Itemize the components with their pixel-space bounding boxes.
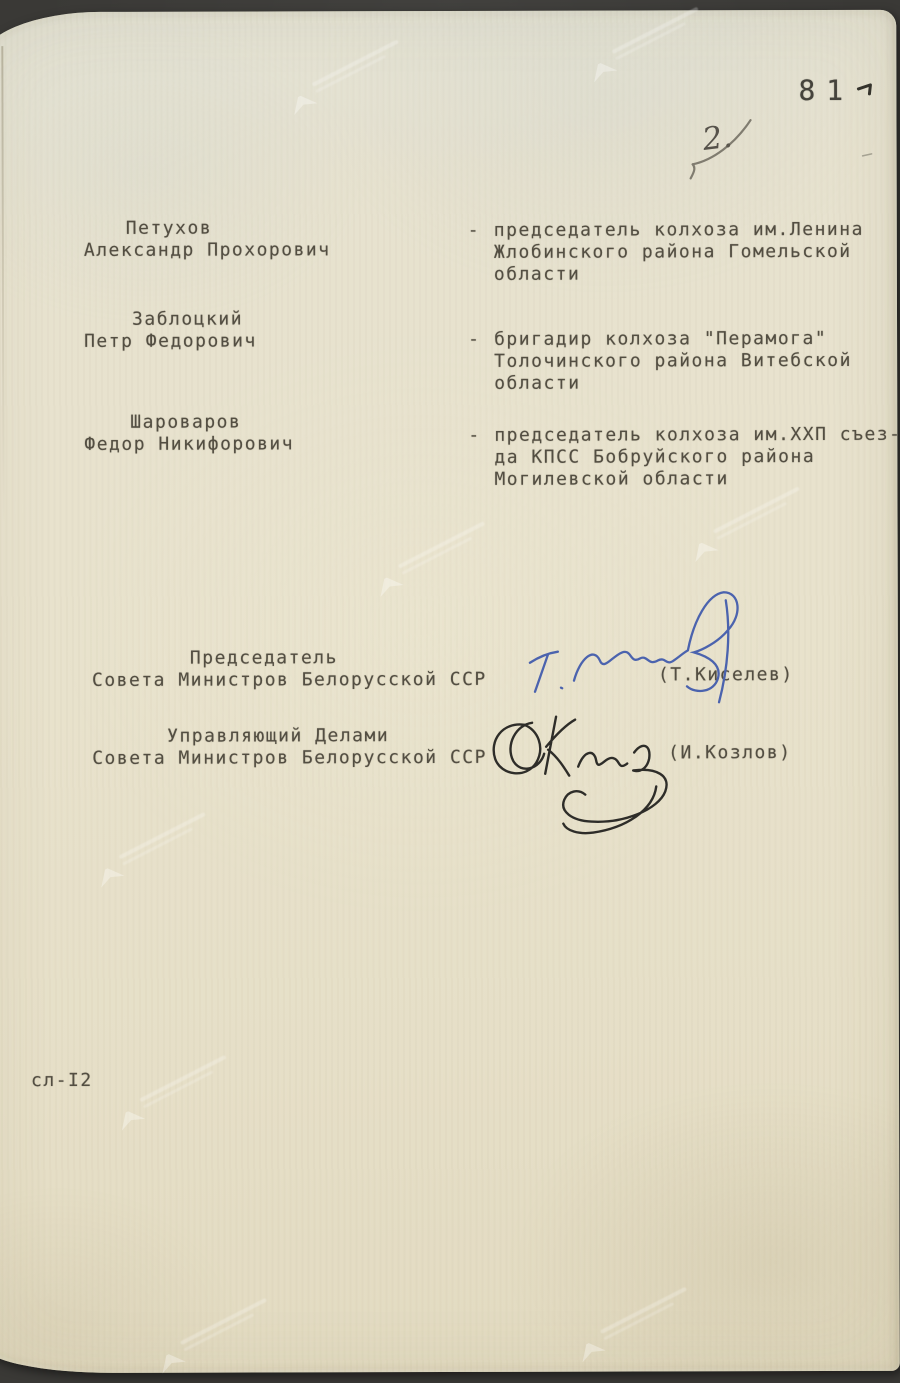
watermark-text-blur xyxy=(612,7,699,54)
watermark-text-blur xyxy=(143,1070,214,1108)
watermark-text-blur xyxy=(180,1298,267,1345)
watermark-logo-icon xyxy=(374,572,405,599)
watermark-text-blur xyxy=(600,1287,687,1334)
watermark-logo-icon xyxy=(115,1106,146,1133)
watermark-logo-icon xyxy=(156,1349,187,1376)
small-dash-mark xyxy=(863,154,872,156)
entry-3-given-names: Федор Никифорович xyxy=(84,433,294,456)
archive-watermark xyxy=(279,21,422,120)
entry-1-given-names: Александр Прохорович xyxy=(84,239,331,262)
entry-3-role-line-2: да КПСС Бобруйского района xyxy=(494,446,815,469)
watermark-text-blur xyxy=(615,22,686,60)
watermark-text-blur xyxy=(312,39,399,86)
watermark-logo-icon xyxy=(288,90,319,117)
entry-1-role-line-1: председатель колхоза им.Ленина xyxy=(494,219,864,242)
document-page: 81 2. Петухов Александр Прохорович - пре… xyxy=(0,10,900,1373)
archive-watermark xyxy=(107,1037,250,1136)
signatory-1-typed-name: (Т.Киселев) xyxy=(658,664,794,686)
entry-2-role-line-2: Толочинского района Витебской xyxy=(494,350,852,373)
signatory-2-title-line-2: Совета Министров Белорусской ССР xyxy=(92,747,487,770)
archive-watermark xyxy=(147,1280,290,1379)
entry-2-surname: Заблоцкий xyxy=(132,309,243,331)
watermark-text-blur xyxy=(119,812,206,859)
paper-edge-line xyxy=(1,46,4,566)
watermark-logo-icon xyxy=(588,58,619,85)
watermark-logo-icon xyxy=(689,537,720,564)
watermark-text-blur xyxy=(604,1302,675,1340)
entry-3-role-line-3: Могилевской области xyxy=(494,468,728,491)
entry-3-dash: - xyxy=(468,425,480,447)
watermark-text-blur xyxy=(184,1313,255,1351)
entry-3-surname: Шароваров xyxy=(130,412,241,434)
entry-2-dash: - xyxy=(468,329,480,351)
watermark-text-blur xyxy=(122,827,193,865)
entry-1-dash: - xyxy=(468,220,480,242)
watermark-text-blur xyxy=(402,537,473,575)
handwritten-page-number: 2. xyxy=(700,119,734,158)
scanned-document: 81 2. Петухов Александр Прохорович - пре… xyxy=(0,0,900,1383)
archive-watermark xyxy=(365,503,508,602)
entry-2-given-names: Петр Федорович xyxy=(84,330,257,352)
signatory-2-title-line-1: Управляющий Делами xyxy=(167,725,389,748)
archive-watermark xyxy=(86,794,229,893)
watermark-logo-icon xyxy=(576,1338,607,1365)
entry-1-role-line-3: области xyxy=(494,264,580,286)
entry-2-role-line-3: области xyxy=(494,373,580,395)
watermark-text-blur xyxy=(713,486,800,533)
entry-1-role-line-2: Жлобинского района Гомельской xyxy=(494,241,852,264)
watermark-text-blur xyxy=(398,521,485,568)
entry-1-surname: Петухов xyxy=(126,218,212,240)
archive-watermark xyxy=(579,0,722,88)
kozlov-signature-ink xyxy=(494,716,667,833)
watermark-text-blur xyxy=(139,1055,226,1102)
entry-2-role-line-1: бригадир колхоза "Перамога" xyxy=(494,328,827,351)
watermark-text-blur xyxy=(716,502,787,540)
signatory-1-title-line-1: Председатель xyxy=(190,647,338,669)
watermark-logo-icon xyxy=(95,863,126,890)
footer-code: сл-I2 xyxy=(31,1070,93,1092)
page-number-stamp: 81 xyxy=(798,74,854,107)
signatory-1-title-line-2: Совета Министров Белорусской ССР xyxy=(92,669,487,692)
entry-3-role-line-1: председатель колхоза им.ХХП съез- xyxy=(494,424,900,447)
stamp-tick-mark xyxy=(858,85,870,94)
watermark-text-blur xyxy=(315,55,386,93)
archive-watermark xyxy=(567,1269,710,1368)
signatory-2-typed-name: (И.Козлов) xyxy=(668,742,791,764)
